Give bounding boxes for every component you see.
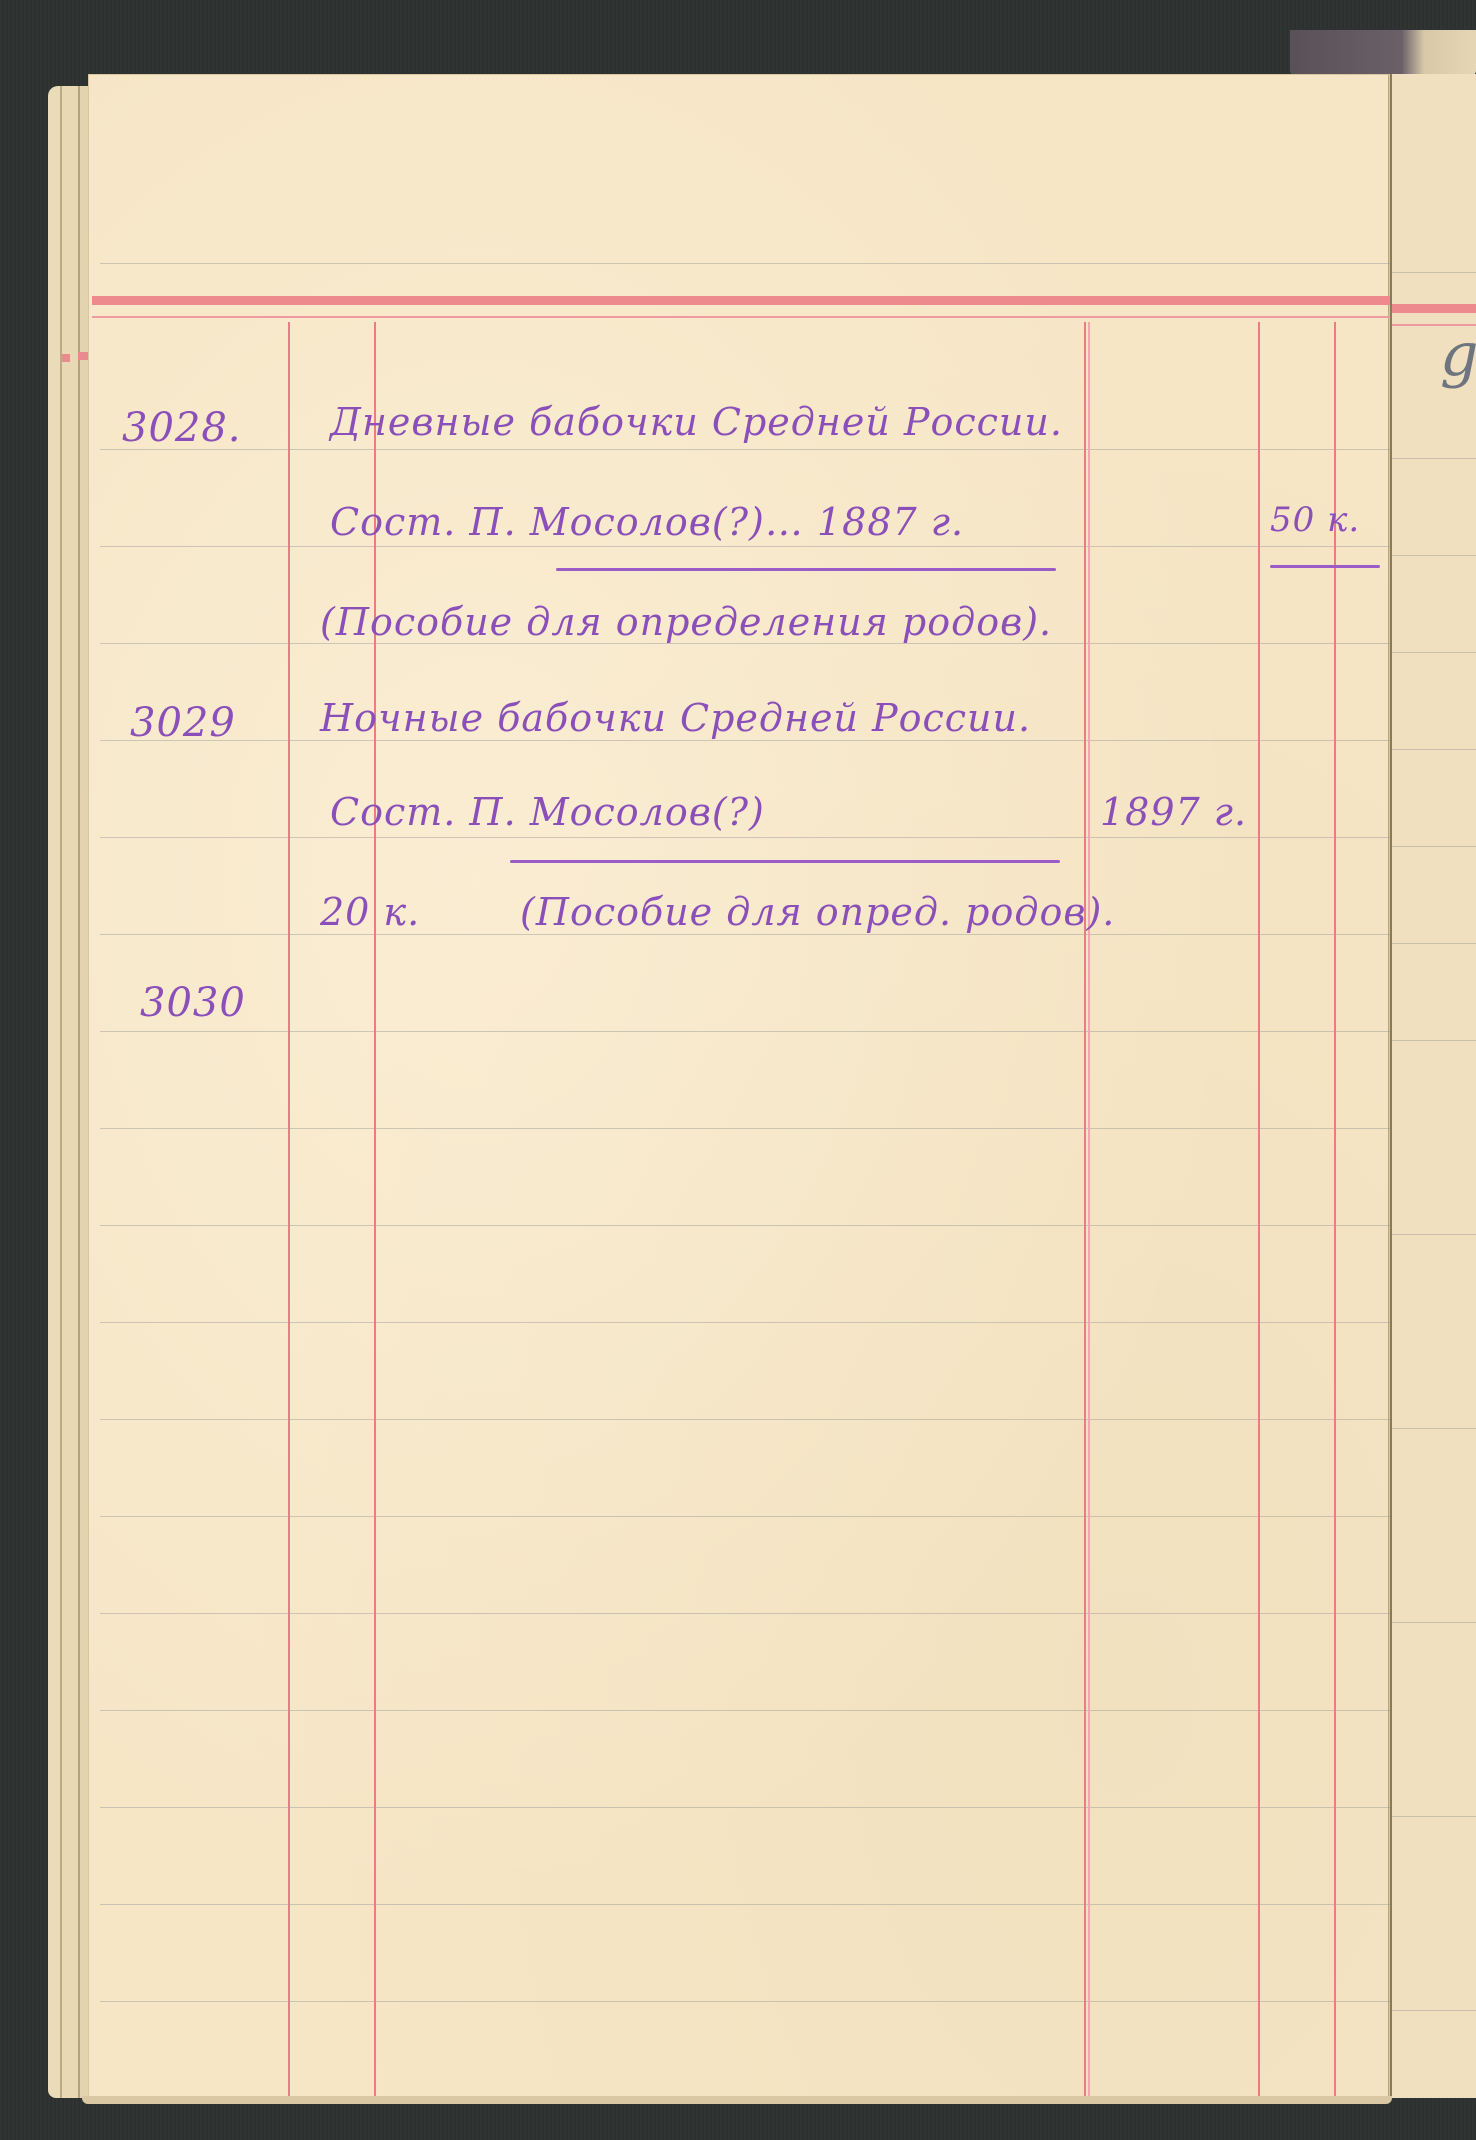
gray-rule [100, 1710, 1390, 1711]
gray-rule [1392, 943, 1476, 944]
gray-rule [1392, 272, 1476, 273]
gray-rule [100, 449, 1390, 450]
stack-red-mark [62, 354, 70, 362]
column-line-price [1258, 322, 1260, 2096]
gray-rule [1392, 458, 1476, 459]
gray-rule [100, 1225, 1390, 1226]
entry-line: Сост. П. Мосолов(?)… 1887 г. [330, 500, 964, 544]
entry-year: 1897 г. [1100, 790, 1247, 834]
entry-line: Ночные бабочки Средней России. [320, 696, 1031, 740]
entry-line: (Пособие для определения родов). [320, 600, 1052, 644]
ledger-page [88, 74, 1390, 2098]
column-line-number [288, 322, 290, 2096]
torn-page-corner [1290, 30, 1476, 75]
gray-rule [1392, 555, 1476, 556]
gray-rule [100, 1419, 1390, 1420]
header-rule-thick-facing [1392, 304, 1476, 313]
gray-rule [100, 837, 1390, 838]
gray-rule [100, 934, 1390, 935]
entry-price: 20 к. [320, 890, 420, 934]
gray-rule [1392, 652, 1476, 653]
gray-rule [1392, 1234, 1476, 1235]
gray-rule [1392, 846, 1476, 847]
entry-number: 3028. [122, 405, 242, 451]
gray-rule [1392, 749, 1476, 750]
gray-rule [1392, 1428, 1476, 1429]
column-line-text [374, 322, 376, 2096]
gray-rule [100, 740, 1390, 741]
author-underline [556, 568, 1056, 571]
gray-rule [1392, 1040, 1476, 1041]
gray-rule [100, 1516, 1390, 1517]
pencil-mark: g [1440, 320, 1476, 390]
gray-rule [1392, 1816, 1476, 1817]
entry-number: 3030 [140, 980, 246, 1026]
gray-rule [100, 1807, 1390, 1808]
gray-rule [1392, 2010, 1476, 2011]
column-line-end [1334, 322, 1336, 2096]
price-underline [1270, 565, 1380, 568]
gray-rule [100, 2001, 1390, 2002]
gray-rule [100, 1128, 1390, 1129]
header-rule-thin [92, 316, 1390, 318]
gray-rule [100, 1613, 1390, 1614]
gray-rule [100, 1904, 1390, 1905]
gray-rule [100, 263, 1390, 264]
entry-price: 50 к. [1270, 500, 1360, 540]
gray-rule [1392, 1622, 1476, 1623]
entry-number: 3029 [130, 700, 236, 746]
entry-line: Сост. П. Мосолов(?) [330, 790, 765, 834]
entry-line: Дневные бабочки Средней России. [330, 400, 1063, 444]
gray-rule [100, 546, 1390, 547]
column-line-year [1084, 322, 1086, 2096]
gray-rule [100, 1322, 1390, 1323]
header-rule-thick [92, 296, 1390, 305]
gray-rule [100, 1031, 1390, 1032]
author-underline [510, 860, 1060, 863]
page-bottom-edge [82, 2096, 1392, 2104]
entry-line: (Пособие для опред. родов). [520, 890, 1115, 934]
